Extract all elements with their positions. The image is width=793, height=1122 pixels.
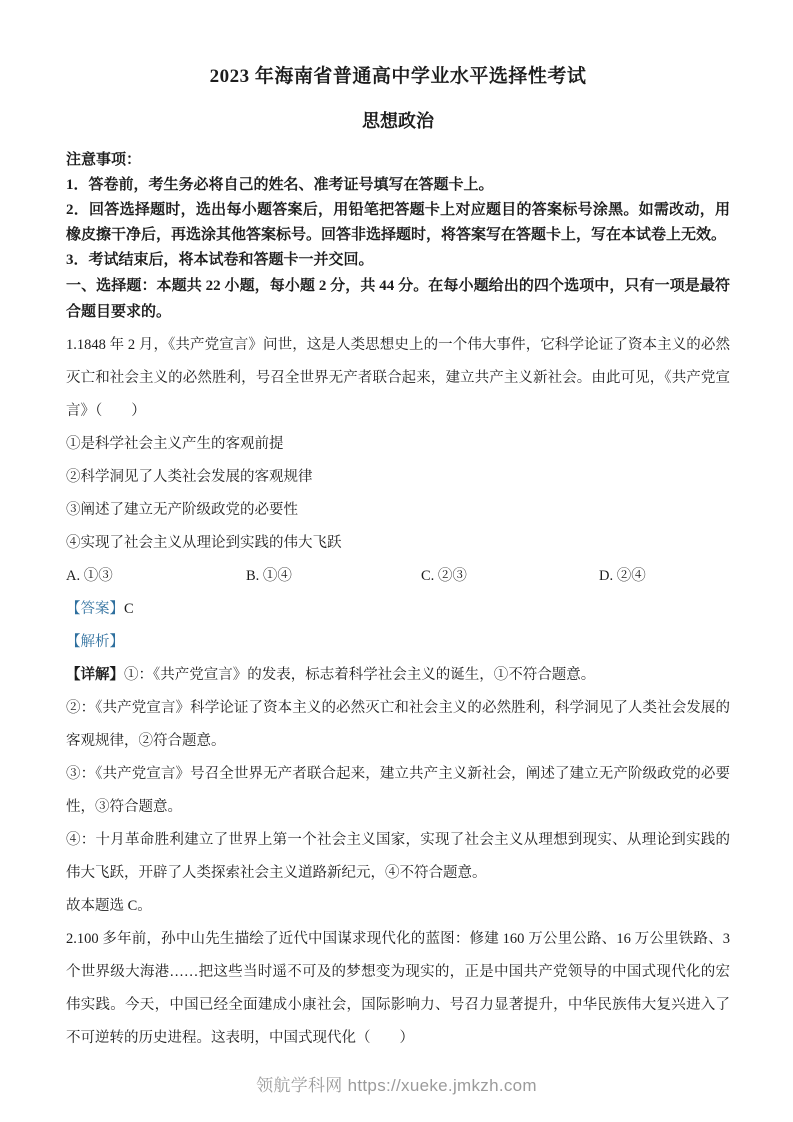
page-subtitle: 思想政治 bbox=[66, 108, 730, 134]
detail-conclusion: 故本题选 C。 bbox=[66, 890, 730, 923]
detail-paragraph-4: ④：十月革命胜利建立了世界上第一个社会主义国家，实现了社会主义从理想到现实、从理… bbox=[66, 824, 730, 890]
statement-1: ①是科学社会主义产生的客观前提 bbox=[66, 428, 730, 461]
section-heading: 一、选择题：本题共 22 小题，每小题 2 分，共 44 分。在每小题给出的四个… bbox=[66, 273, 730, 325]
detail-paragraph-3: ③：《共产党宣言》号召全世界无产者联合起来，建立共产主义新社会，阐述了建立无产阶… bbox=[66, 758, 730, 824]
notice-item-3: 3．考试结束后，将本试卷和答题卡一并交回。 bbox=[66, 248, 730, 273]
statement-4: ④实现了社会主义从理论到实践的伟大飞跃 bbox=[66, 527, 730, 560]
answer-value: C bbox=[124, 601, 134, 617]
notice-item-2: 2．回答选择题时，选出每小题答案后，用铅笔把答题卡上对应题目的答案标号涂黑。如需… bbox=[66, 198, 730, 248]
detail-label: 【详解】 bbox=[66, 667, 124, 683]
analysis-label: 【解析】 bbox=[66, 634, 124, 650]
question-1-choices: A. ①③ B. ①④ C. ②③ D. ②④ bbox=[66, 560, 730, 593]
statement-3: ③阐述了建立无产阶级政党的必要性 bbox=[66, 494, 730, 527]
choice-d: D. ②④ bbox=[599, 560, 730, 593]
question-1: 1.1848 年 2 月，《共产党宣言》问世，这是人类思想史上的一个伟大事件，它… bbox=[66, 329, 730, 428]
question-2-stem: 2.100 多年前，孙中山先生描绘了近代中国谋求现代化的蓝图：修建 160 万公… bbox=[66, 923, 730, 1055]
detail-text-1: ①：《共产党宣言》的发表，标志着科学社会主义的诞生，①不符合题意。 bbox=[124, 667, 595, 683]
detail-paragraph-1: 【详解】①：《共产党宣言》的发表，标志着科学社会主义的诞生，①不符合题意。 bbox=[66, 659, 730, 692]
exam-paper-page: 2023 年海南省普通高中学业水平选择性考试 思想政治 注意事项： 1．答卷前，… bbox=[0, 0, 793, 1122]
statement-2: ②科学洞见了人类社会发展的客观规律 bbox=[66, 461, 730, 494]
notice-section: 注意事项： 1．答卷前，考生务必将自己的姓名、准考证号填写在答题卡上。 2．回答… bbox=[66, 148, 730, 325]
analysis-line: 【解析】 bbox=[66, 626, 730, 659]
choice-c: C. ②③ bbox=[421, 560, 599, 593]
choice-b: B. ①④ bbox=[246, 560, 421, 593]
notice-item-1: 1．答卷前，考生务必将自己的姓名、准考证号填写在答题卡上。 bbox=[66, 173, 730, 198]
question-1-stem: 1.1848 年 2 月，《共产党宣言》问世，这是人类思想史上的一个伟大事件，它… bbox=[66, 329, 730, 428]
choice-a: A. ①③ bbox=[66, 560, 246, 593]
answer-label: 【答案】 bbox=[66, 601, 124, 617]
answer-line: 【答案】C bbox=[66, 593, 730, 626]
watermark: 领航学科网 https://xueke.jmkzh.com bbox=[0, 1071, 793, 1096]
answer-block: 【答案】C 【解析】 【详解】①：《共产党宣言》的发表，标志着科学社会主义的诞生… bbox=[66, 593, 730, 923]
notice-heading: 注意事项： bbox=[66, 148, 730, 173]
page-title: 2023 年海南省普通高中学业水平选择性考试 bbox=[66, 64, 730, 90]
question-2: 2.100 多年前，孙中山先生描绘了近代中国谋求现代化的蓝图：修建 160 万公… bbox=[66, 923, 730, 1055]
page-content: 2023 年海南省普通高中学业水平选择性考试 思想政治 注意事项： 1．答卷前，… bbox=[0, 0, 793, 1055]
question-1-statements: ①是科学社会主义产生的客观前提 ②科学洞见了人类社会发展的客观规律 ③阐述了建立… bbox=[66, 428, 730, 560]
detail-paragraph-2: ②：《共产党宣言》科学论证了资本主义的必然灭亡和社会主义的必然胜利，科学洞见了人… bbox=[66, 692, 730, 758]
